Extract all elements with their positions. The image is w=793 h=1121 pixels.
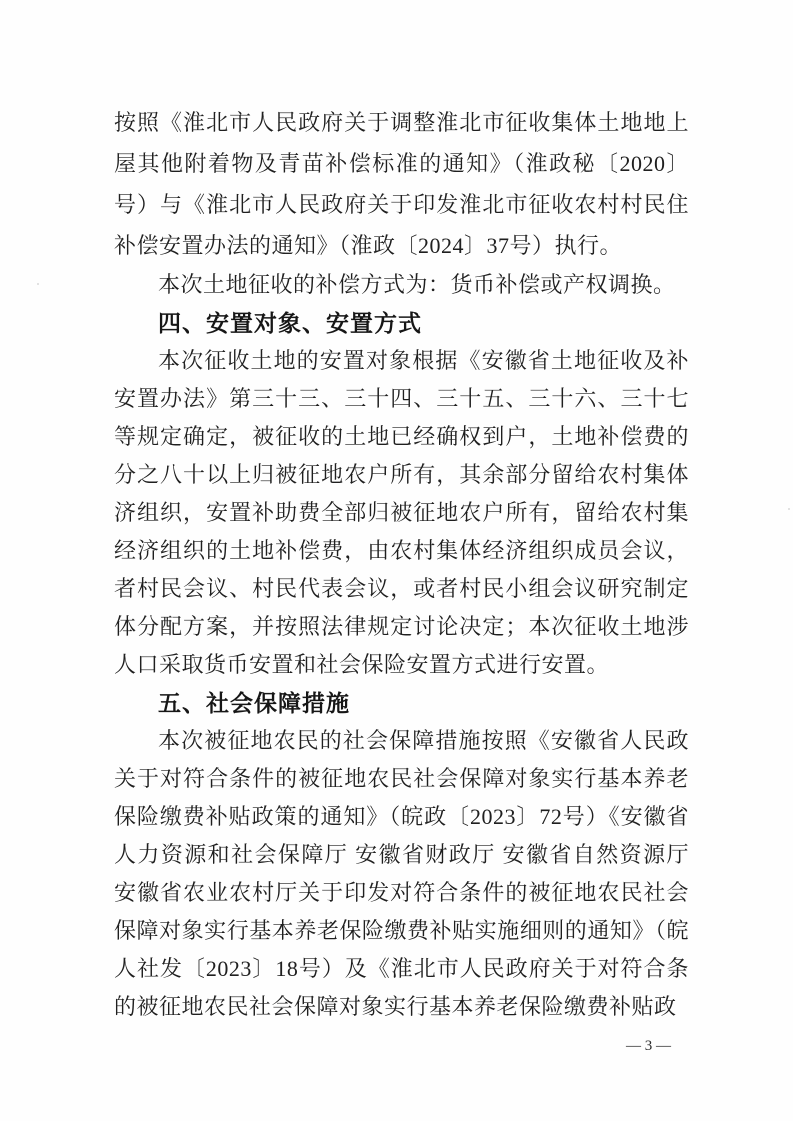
- text-line: 者村民会议、村民代表会议，或者村民小组会议研究制定具: [114, 570, 689, 608]
- text-line: 安置办法》第三十三、三十四、三十五、三十六、三十七条: [114, 380, 689, 418]
- paragraph: 本次被征地农民的社会保障措施按照《安徽省人民政府关于对符合条件的被征地农民社会保…: [114, 722, 689, 1026]
- text-line: 关于对符合条件的被征地农民社会保障对象实行基本养老: [114, 760, 689, 798]
- scan-speck: [788, 508, 790, 510]
- text-line: 本次征收土地的安置对象根据《安徽省土地征收及补偿: [114, 342, 689, 380]
- text-line: 的被征地农民社会保障对象实行基本养老保险缴费补贴政: [114, 988, 689, 1026]
- text-line: 人社发〔2023〕18号）及《淮北市人民政府关于对符合条件: [114, 950, 689, 988]
- section-heading: 四、安置对象、安置方式: [114, 304, 689, 342]
- page-number: — 3 —: [626, 1038, 696, 1055]
- paragraph: 按照《淮北市人民政府关于调整淮北市征收集体土地地上房屋其他附着物及青苗补偿标准的…: [114, 102, 689, 266]
- paragraph: 本次征收土地的安置对象根据《安徽省土地征收及补偿安置办法》第三十三、三十四、三十…: [114, 342, 689, 684]
- section-heading: 五、社会保障措施: [114, 684, 689, 722]
- text-line: 人口采取货币安置和社会保险安置方式进行安置。: [114, 646, 689, 684]
- text-line: 补偿安置办法的通知》（淮政〔2024〕37号）执行。: [114, 225, 689, 266]
- text-line: 安徽省农业农村厅关于印发对符合条件的被征地农民社会: [114, 874, 689, 912]
- paragraph: 本次土地征收的补偿方式为：货币补偿或产权调换。: [114, 266, 689, 304]
- text-line: 屋其他附着物及青苗补偿标准的通知》（淮政秘〔2020〕18: [114, 143, 689, 184]
- document-page: 按照《淮北市人民政府关于调整淮北市征收集体土地地上房屋其他附着物及青苗补偿标准的…: [0, 0, 793, 1121]
- text-line: 本次土地征收的补偿方式为：货币补偿或产权调换。: [114, 266, 689, 304]
- text-line: 本次被征地农民的社会保障措施按照《安徽省人民政府: [114, 722, 689, 760]
- text-line: 号）与《淮北市人民政府关于印发淮北市征收农村村民住宅: [114, 184, 689, 225]
- text-line: 按照《淮北市人民政府关于调整淮北市征收集体土地地上房: [114, 102, 689, 143]
- text-line: 经济组织的土地补偿费，由农村集体经济组织成员会议，或: [114, 532, 689, 570]
- text-line: 保险缴费补贴政策的通知》（皖政〔2023〕72号）《安徽省: [114, 798, 689, 836]
- text-line: 济组织，安置补助费全部归被征地农户所有，留给农村集体: [114, 494, 689, 532]
- text-line: 等规定确定，被征收的土地已经确权到户，土地补偿费的百: [114, 418, 689, 456]
- text-line: 分之八十以上归被征地农户所有，其余部分留给农村集体经: [114, 456, 689, 494]
- text-line: 人力资源和社会保障厅 安徽省财政厅 安徽省自然资源厅: [114, 836, 689, 874]
- document-content: 按照《淮北市人民政府关于调整淮北市征收集体土地地上房屋其他附着物及青苗补偿标准的…: [114, 102, 689, 1026]
- text-line: 体分配方案，并按照法律规定讨论决定；本次征收土地涉及: [114, 608, 689, 646]
- text-line: 保障对象实行基本养老保险缴费补贴实施细则的通知》（皖: [114, 912, 689, 950]
- scan-speck: [37, 283, 39, 285]
